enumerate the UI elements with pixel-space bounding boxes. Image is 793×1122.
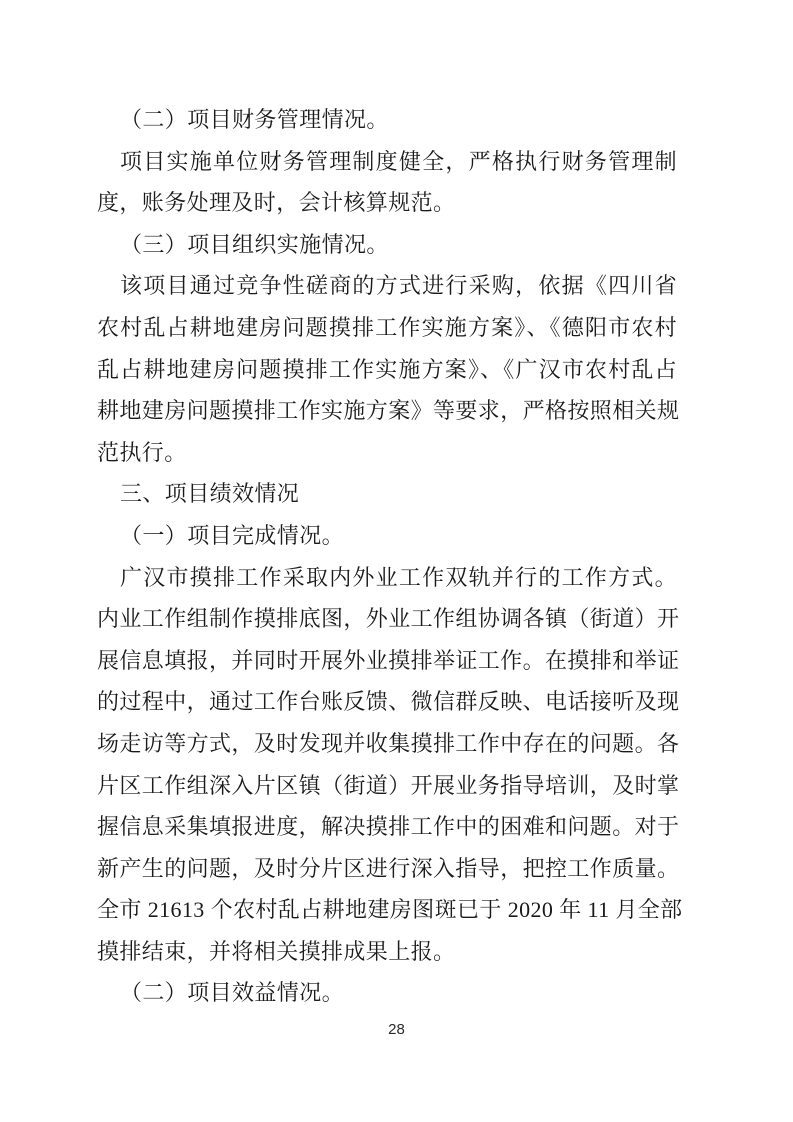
text-line: 全市 21613 个农村乱占耕地建房图斑已于 2020 年 11 月全部 [97, 889, 677, 931]
text-line: 项目实施单位财务管理制度健全，严格执行财务管理制 [97, 141, 677, 183]
text-line: 场走访等方式，及时发现并收集摸排工作中存在的问题。各 [97, 723, 677, 765]
text-line: 乱占耕地建房问题摸排工作实施方案》、《广汉市农村乱占 [97, 349, 677, 391]
text-line: 该项目通过竞争性磋商的方式进行采购，依据《四川省 [97, 265, 677, 307]
document-body: （二）项目财务管理情况。项目实施单位财务管理制度健全，严格执行财务管理制度，账务… [97, 99, 677, 1014]
text-line: 耕地建房问题摸排工作实施方案》等要求，严格按照相关规 [97, 390, 677, 432]
text-line: 握信息采集填报进度，解决摸排工作中的困难和问题。对于 [97, 806, 677, 848]
subheading-project-benefit: （二）项目效益情况。 [97, 972, 677, 1014]
page-footer: 28 [0, 1021, 793, 1039]
text-line: 农村乱占耕地建房问题摸排工作实施方案》、《德阳市农村 [97, 307, 677, 349]
text-line: 内业工作组制作摸排底图，外业工作组协调各镇（街道）开 [97, 598, 677, 640]
text-line: 度，账务处理及时，会计核算规范。 [97, 182, 677, 224]
text-line: 展信息填报，并同时开展外业摸排举证工作。在摸排和举证 [97, 640, 677, 682]
text-line: 的过程中，通过工作台账反馈、微信群反映、电话接听及现 [97, 681, 677, 723]
text-line: 广汉市摸排工作采取内外业工作双轨并行的工作方式。 [97, 557, 677, 599]
subheading-project-implementation: （三）项目组织实施情况。 [97, 224, 677, 266]
document-page: （二）项目财务管理情况。项目实施单位财务管理制度健全，严格执行财务管理制度，账务… [0, 0, 793, 1122]
page-number: 28 [388, 1021, 405, 1038]
text-line: 片区工作组深入片区镇（街道）开展业务指导培训，及时掌 [97, 765, 677, 807]
text-line: 新产生的问题，及时分片区进行深入指导，把控工作质量。 [97, 848, 677, 890]
subheading-project-finance: （二）项目财务管理情况。 [97, 99, 677, 141]
text-line: 摸排结束，并将相关摸排成果上报。 [97, 931, 677, 973]
text-line: 范执行。 [97, 432, 677, 474]
heading-project-performance: 三、项目绩效情况 [97, 473, 677, 515]
subheading-project-completion: （一）项目完成情况。 [97, 515, 677, 557]
